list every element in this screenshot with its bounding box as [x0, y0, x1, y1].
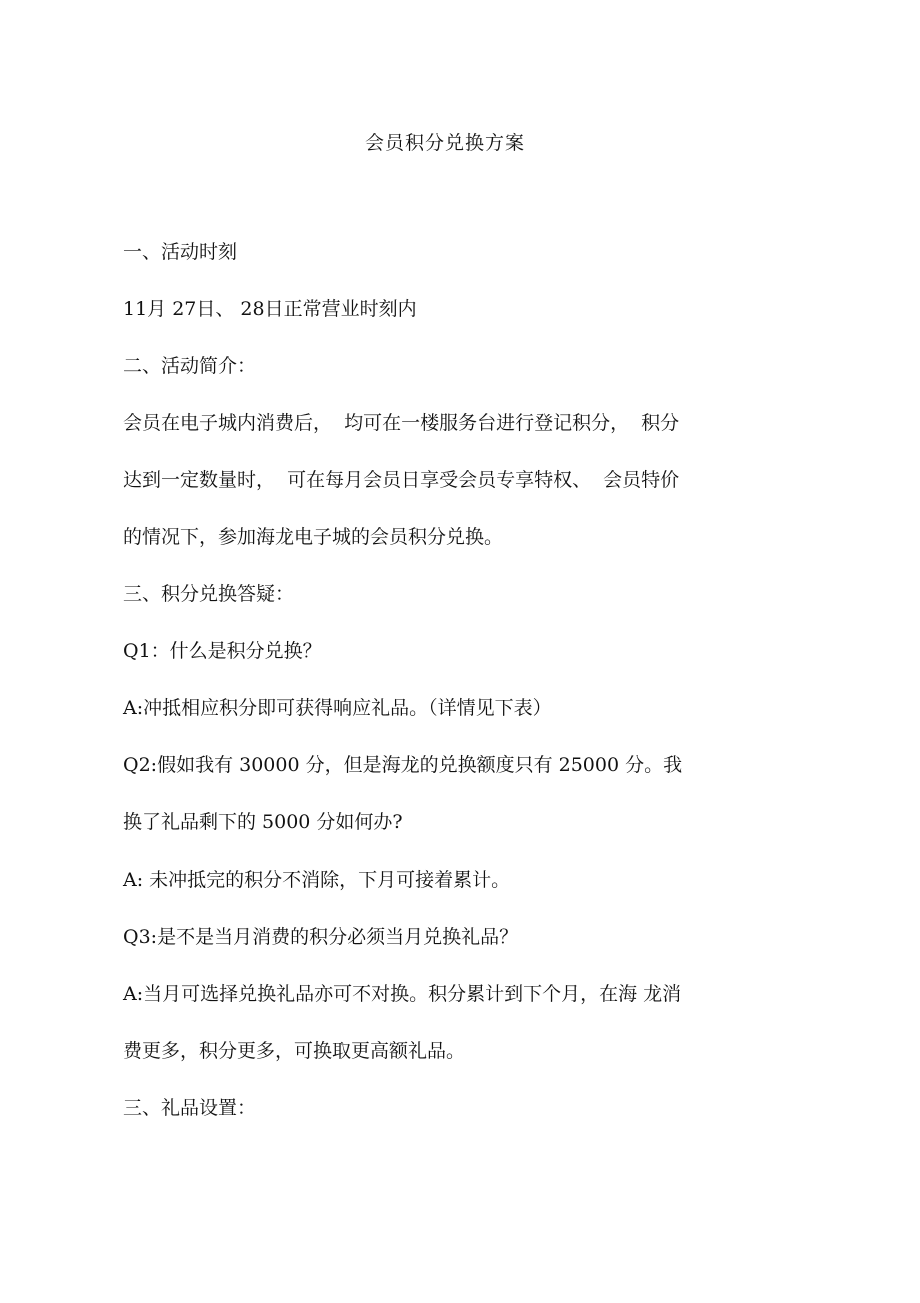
faq-answer-3-line-1: A:当月可选择兑换礼品亦可不对换。积分累计到下个月，在海 龙消: [123, 980, 681, 1008]
section-heading-activity-time: 一、活动时刻: [123, 238, 237, 266]
faq-answer-3-line-2: 费更多，积分更多，可换取更高额礼品。: [123, 1037, 465, 1065]
faq-answer-2: A: 未冲抵完的积分不消除，下月可接着累计。: [123, 866, 510, 894]
activity-time-text: 11月 27日、 28日正常营业时刻内: [123, 295, 417, 323]
faq-question-1: Q1：什么是积分兑换？: [123, 637, 322, 665]
faq-question-2-line-2: 换了礼品剩下的 5000 分如何办?: [123, 808, 403, 836]
section-heading-activity-intro: 二、活动简介：: [123, 352, 256, 380]
faq-answer-1: A:冲抵相应积分即可获得响应礼品。（详情见下表）: [123, 694, 552, 722]
intro-paragraph-line-3: 的情况下，参加海龙电子城的会员积分兑换。: [123, 523, 503, 551]
section-heading-faq: 三、积分兑换答疑：: [123, 580, 294, 608]
document-title: 会员积分兑换方案: [0, 128, 890, 155]
faq-question-3: Q3:是不是当月消费的积分必须当月兑换礼品？: [123, 923, 518, 951]
section-heading-gift-settings: 三、礼品设置：: [123, 1094, 256, 1122]
intro-paragraph-line-2: 达到一定数量时， 可在每月会员日享受会员专享特权、 会员特价: [123, 466, 679, 494]
faq-question-2-line-1: Q2:假如我有 30000 分，但是海龙的兑换额度只有 25000 分。我: [123, 751, 682, 779]
intro-paragraph-line-1: 会员在电子城内消费后， 均可在一楼服务台进行登记积分， 积分: [123, 409, 679, 437]
document-page: 会员积分兑换方案 一、活动时刻 11月 27日、 28日正常营业时刻内 二、活动…: [0, 0, 920, 1303]
